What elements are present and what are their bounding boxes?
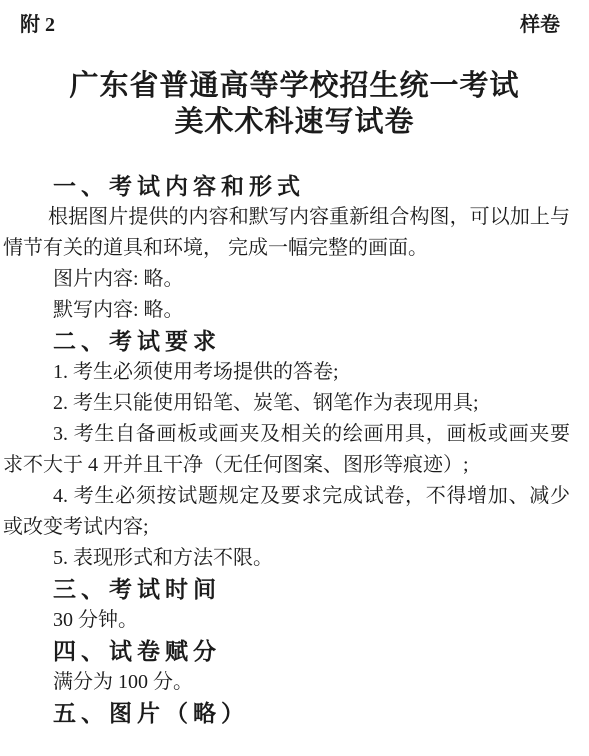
page-header: 附 2 样卷	[0, 0, 589, 38]
section-2-item-4-line-2: 或改变考试内容;	[3, 512, 570, 543]
appendix-label: 附 2	[20, 12, 55, 38]
section-3-heading: 三、考试时间	[3, 574, 570, 605]
section-2-item-3-line-2: 求不大于 4 开并且干净（无任何图案、图形等痕迹）;	[3, 450, 570, 481]
section-1-paragraph-line-1: 根据图片提供的内容和默写内容重新组合构图，可以加上与	[3, 202, 570, 233]
section-2-item-4-line-1: 4. 考生必须按试题规定及要求完成试卷，不得增加、减少	[3, 481, 570, 512]
document-body: 一、考试内容和形式 根据图片提供的内容和默写内容重新组合构图，可以加上与 情节有…	[0, 171, 589, 729]
document-title-line-1: 广东省普通高等学校招生统一考试	[0, 68, 589, 104]
section-4-body: 满分为 100 分。	[3, 667, 570, 698]
document-page: 附 2 样卷 广东省普通高等学校招生统一考试 美术术科速写试卷 一、考试内容和形…	[0, 0, 589, 756]
section-1-picture-content-line: 图片内容: 略。	[3, 264, 570, 295]
section-2-item-2: 2. 考生只能使用铅笔、炭笔、钢笔作为表现用具;	[3, 388, 570, 419]
section-3-body: 30 分钟。	[3, 605, 570, 636]
section-1-paragraph-line-2: 情节有关的道具和环境， 完成一幅完整的画面。	[3, 233, 570, 264]
document-title: 广东省普通高等学校招生统一考试 美术术科速写试卷	[0, 68, 589, 140]
section-4-heading: 四、试卷赋分	[3, 636, 570, 667]
sample-paper-label: 样卷	[520, 12, 560, 38]
section-2-item-5: 5. 表现形式和方法不限。	[3, 543, 570, 574]
section-2-item-3-line-1: 3. 考生自备画板或画夹及相关的绘画用具，画板或画夹要	[3, 419, 570, 450]
section-1-recite-content-line: 默写内容: 略。	[3, 295, 570, 326]
document-title-line-2: 美术术科速写试卷	[0, 104, 589, 140]
section-2-heading: 二、考试要求	[3, 326, 570, 357]
section-5-heading: 五、图片（略）	[3, 698, 570, 729]
section-1-heading: 一、考试内容和形式	[3, 171, 570, 202]
section-2-item-1: 1. 考生必须使用考场提供的答卷;	[3, 357, 570, 388]
